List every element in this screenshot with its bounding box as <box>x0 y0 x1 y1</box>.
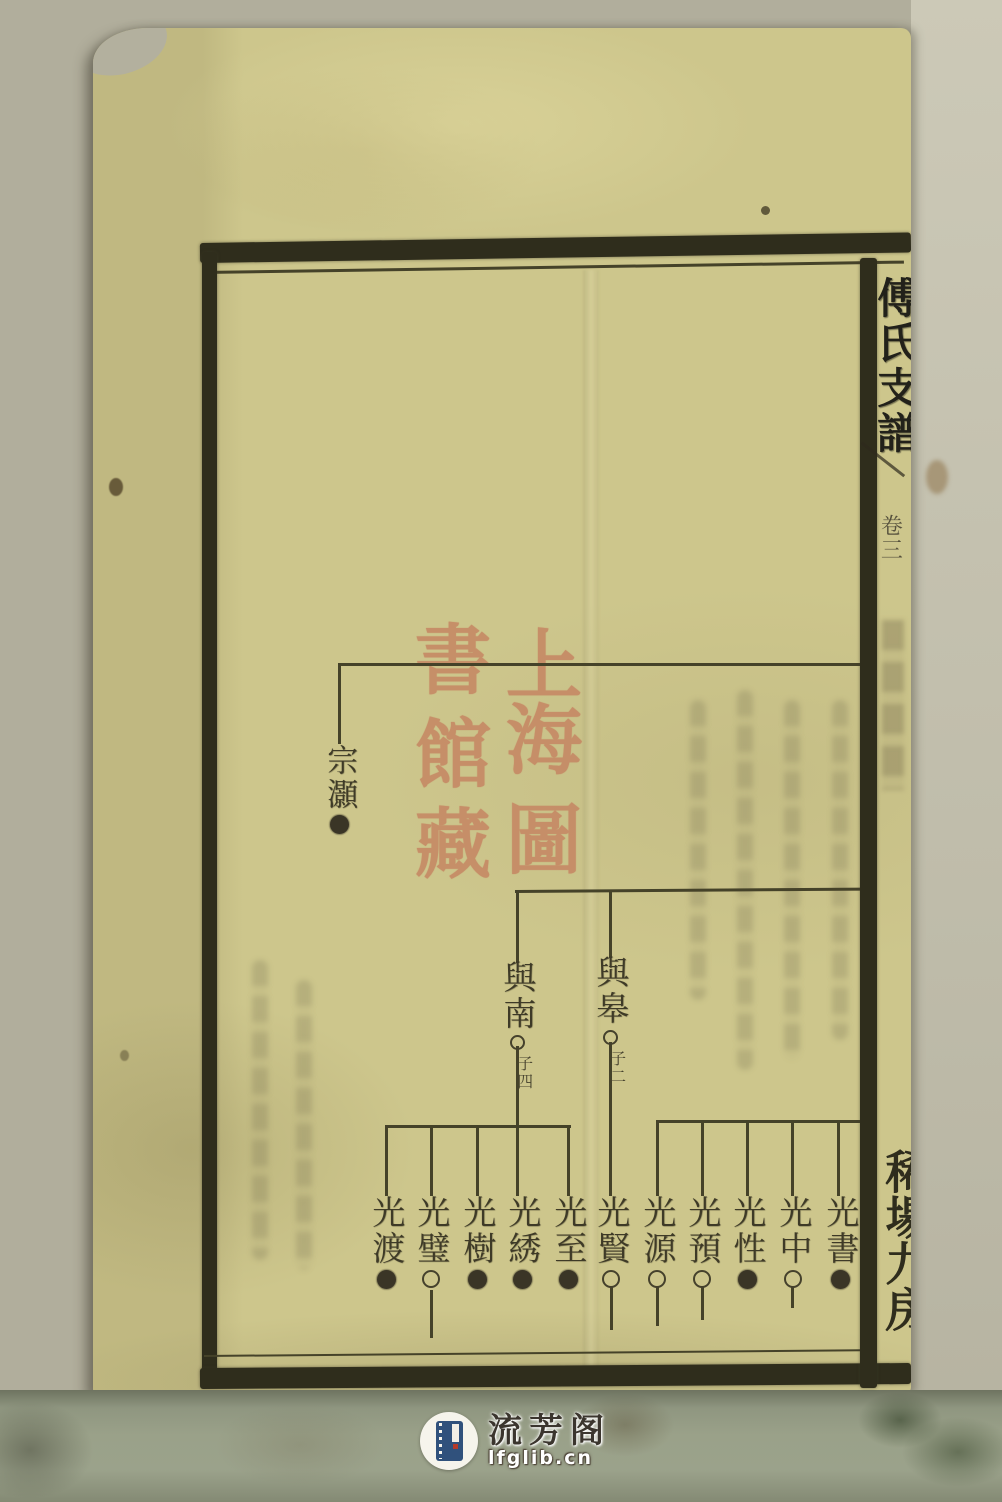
tree-line <box>609 892 612 958</box>
tree-node: 光源 <box>635 1195 679 1288</box>
generation-marker <box>603 1030 618 1045</box>
generation-marker <box>513 1270 532 1289</box>
seal-char: 海 <box>500 680 588 789</box>
generation-marker <box>693 1270 711 1288</box>
tree-line <box>610 1286 613 1330</box>
torn-corner <box>93 28 175 86</box>
sons-count-note: 子二 <box>607 1050 626 1086</box>
tree-node: 與皋 子二 <box>588 955 632 1086</box>
tree-node: 光書 <box>818 1195 862 1289</box>
backing-stain <box>926 460 948 494</box>
descendant-name: 光書 <box>823 1195 858 1267</box>
generation-marker <box>468 1270 487 1289</box>
chart-rule-top <box>202 261 904 274</box>
descendant-name: 光渡 <box>369 1195 404 1267</box>
generation-marker <box>831 1270 850 1289</box>
backing-paper-right <box>911 0 1002 1392</box>
generation-marker <box>648 1270 666 1288</box>
tree-line <box>656 1120 864 1123</box>
generation-marker <box>738 1270 757 1289</box>
generation-marker <box>602 1270 620 1288</box>
tree-line <box>701 1286 704 1320</box>
descendant-name: 光樹 <box>460 1195 495 1267</box>
seal-char: 圖 <box>500 780 588 889</box>
generation-marker <box>377 1270 396 1289</box>
descendant-name: 光賢 <box>594 1195 629 1267</box>
generation-marker <box>330 815 349 834</box>
ancestor-name: 宗灝 <box>323 744 356 812</box>
tree-node: 光樹 <box>455 1195 499 1289</box>
descendant-name: 光源 <box>640 1195 675 1267</box>
generation-marker <box>784 1270 802 1288</box>
generation-marker <box>559 1270 578 1289</box>
tree-node: 與南 子四 <box>495 960 539 1091</box>
tree-line <box>837 1120 840 1196</box>
tree-line <box>791 1286 794 1308</box>
ancestor-name: 與南 <box>500 960 535 1032</box>
site-name: 流芳阁 <box>488 1414 611 1448</box>
photo-backdrop: 上 海 圖 書 館 藏 <box>0 0 1002 1502</box>
book-title: 傅氏支譜 <box>872 276 911 456</box>
show-through-text <box>296 980 312 1270</box>
watermark-text: 流芳阁 lfglib.cn <box>488 1414 611 1469</box>
tree-node: 光綉 <box>500 1195 544 1289</box>
chart-border-top <box>200 232 911 263</box>
tree-line <box>430 1290 433 1338</box>
tree-line <box>791 1120 794 1196</box>
tree-line <box>476 1125 479 1196</box>
tree-line <box>430 1125 433 1196</box>
tree-node: 光賢 <box>589 1195 633 1288</box>
tree-line <box>746 1120 749 1196</box>
tree-line <box>516 890 519 963</box>
tree-node: 光中 <box>771 1195 815 1288</box>
book-page-scan: 上 海 圖 書 館 藏 <box>93 28 911 1395</box>
chart-rule-bottom <box>204 1349 862 1357</box>
tree-node: 宗灝 <box>317 744 361 834</box>
tree-line <box>656 1120 659 1196</box>
descendant-name: 光至 <box>551 1195 586 1267</box>
tree-node: 光性 <box>725 1195 769 1289</box>
tree-line <box>701 1120 704 1196</box>
tree-line <box>385 1125 388 1196</box>
chart-border-bottom <box>200 1363 911 1389</box>
tree-line <box>656 1286 659 1326</box>
ink-stain <box>109 478 123 496</box>
generation-marker <box>510 1035 525 1050</box>
show-through-text <box>737 690 753 1070</box>
descendant-name: 光璧 <box>414 1195 449 1267</box>
show-through-text <box>784 700 800 1060</box>
site-watermark: 流芳阁 lfglib.cn <box>420 1412 611 1470</box>
book-stitch-decoration <box>439 1423 442 1459</box>
chart-border-left <box>202 252 217 1380</box>
tree-line <box>339 663 864 666</box>
edge-clipped-text: 稀場九房 <box>879 1148 911 1332</box>
book-label-decoration <box>452 1424 459 1442</box>
book-icon <box>436 1421 463 1461</box>
show-through-text <box>252 960 268 1260</box>
ancestor-name: 與皋 <box>593 955 628 1027</box>
tree-node: 光璧 <box>409 1195 453 1288</box>
seal-char: 書 <box>409 600 497 709</box>
seal-char: 藏 <box>409 784 497 893</box>
descendant-name: 光綉 <box>505 1195 540 1267</box>
tree-node: 光預 <box>680 1195 724 1288</box>
tree-node: 光至 <box>546 1195 590 1289</box>
volume-label: 卷三 <box>876 514 902 562</box>
tree-node: 光渡 <box>364 1195 408 1289</box>
site-url: lfglib.cn <box>488 1448 611 1469</box>
tree-line <box>338 663 341 744</box>
show-through-text <box>832 700 848 1040</box>
descendant-name: 光性 <box>730 1195 765 1267</box>
ink-stain <box>120 1050 129 1061</box>
watermark-badge <box>420 1412 478 1470</box>
book-seal-decoration <box>453 1444 458 1449</box>
descendant-name: 光中 <box>776 1195 811 1267</box>
ink-stain <box>761 206 770 215</box>
tree-line <box>567 1125 570 1196</box>
generation-marker <box>422 1270 440 1288</box>
descendant-name: 光預 <box>685 1195 720 1267</box>
show-through-text <box>690 700 706 1000</box>
show-through-text <box>882 620 904 790</box>
sons-count-note: 子四 <box>514 1055 533 1091</box>
